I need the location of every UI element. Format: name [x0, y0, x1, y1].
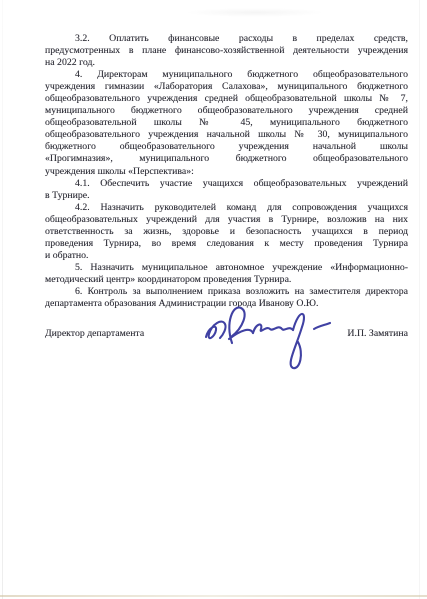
doc-line: предусмотренных в плане финансово-хозяйс… [45, 45, 408, 57]
document-page: 3.2. Оплатить финансовые расходы в преде… [0, 0, 427, 599]
signature-scribble-icon [198, 297, 336, 379]
scan-edge-left [2, 0, 3, 599]
scan-edge-bottom [0, 595, 427, 597]
doc-line: общеобразовательных учреждений для участ… [45, 214, 408, 226]
scan-smudge [185, 8, 325, 17]
doc-line: 4.2. Назначить руководителей команд для … [45, 202, 408, 214]
doc-line: общеобразовательной школы № 45, муниципа… [45, 117, 408, 129]
doc-line: учреждения школы «Перспектива»: [45, 166, 408, 178]
doc-line: общеобразовательного учреждения начально… [45, 129, 408, 141]
doc-line: 4.1. Обеспечить участие учащихся общеобр… [45, 178, 408, 190]
scan-edge-right [419, 0, 420, 599]
signatory-name: И.П. Замятина [347, 328, 408, 340]
doc-line: 3.2. Оплатить финансовые расходы в преде… [45, 33, 408, 45]
doc-line: на 2022 год. [45, 57, 408, 69]
doc-line: в Турнире. [45, 190, 408, 202]
order-text-block: 3.2. Оплатить финансовые расходы в преде… [45, 33, 408, 310]
doc-line: 5. Назначить муниципальное автономное уч… [45, 262, 408, 274]
doc-line: общеобразовательного учреждения средней … [45, 93, 408, 105]
doc-line: проведения Турнира, во время следования … [45, 238, 408, 250]
doc-line: методический центр» координатором провед… [45, 274, 408, 286]
doc-line: учреждения гимназии «Лаборатория Салахов… [45, 81, 408, 93]
doc-line: муниципального бюджетного общеобразовате… [45, 105, 408, 117]
doc-line: и обратно. [45, 250, 408, 262]
doc-line: ответственность за жизнь, здоровье и без… [45, 226, 408, 238]
doc-line: «Прогимназия», муниципального бюджетного… [45, 153, 408, 165]
doc-line: бюджетного общеобразовательного учрежден… [45, 141, 408, 153]
signatory-position: Директор департамента [45, 328, 144, 340]
doc-line: 4. Директорам муниципального бюджетного … [45, 69, 408, 81]
